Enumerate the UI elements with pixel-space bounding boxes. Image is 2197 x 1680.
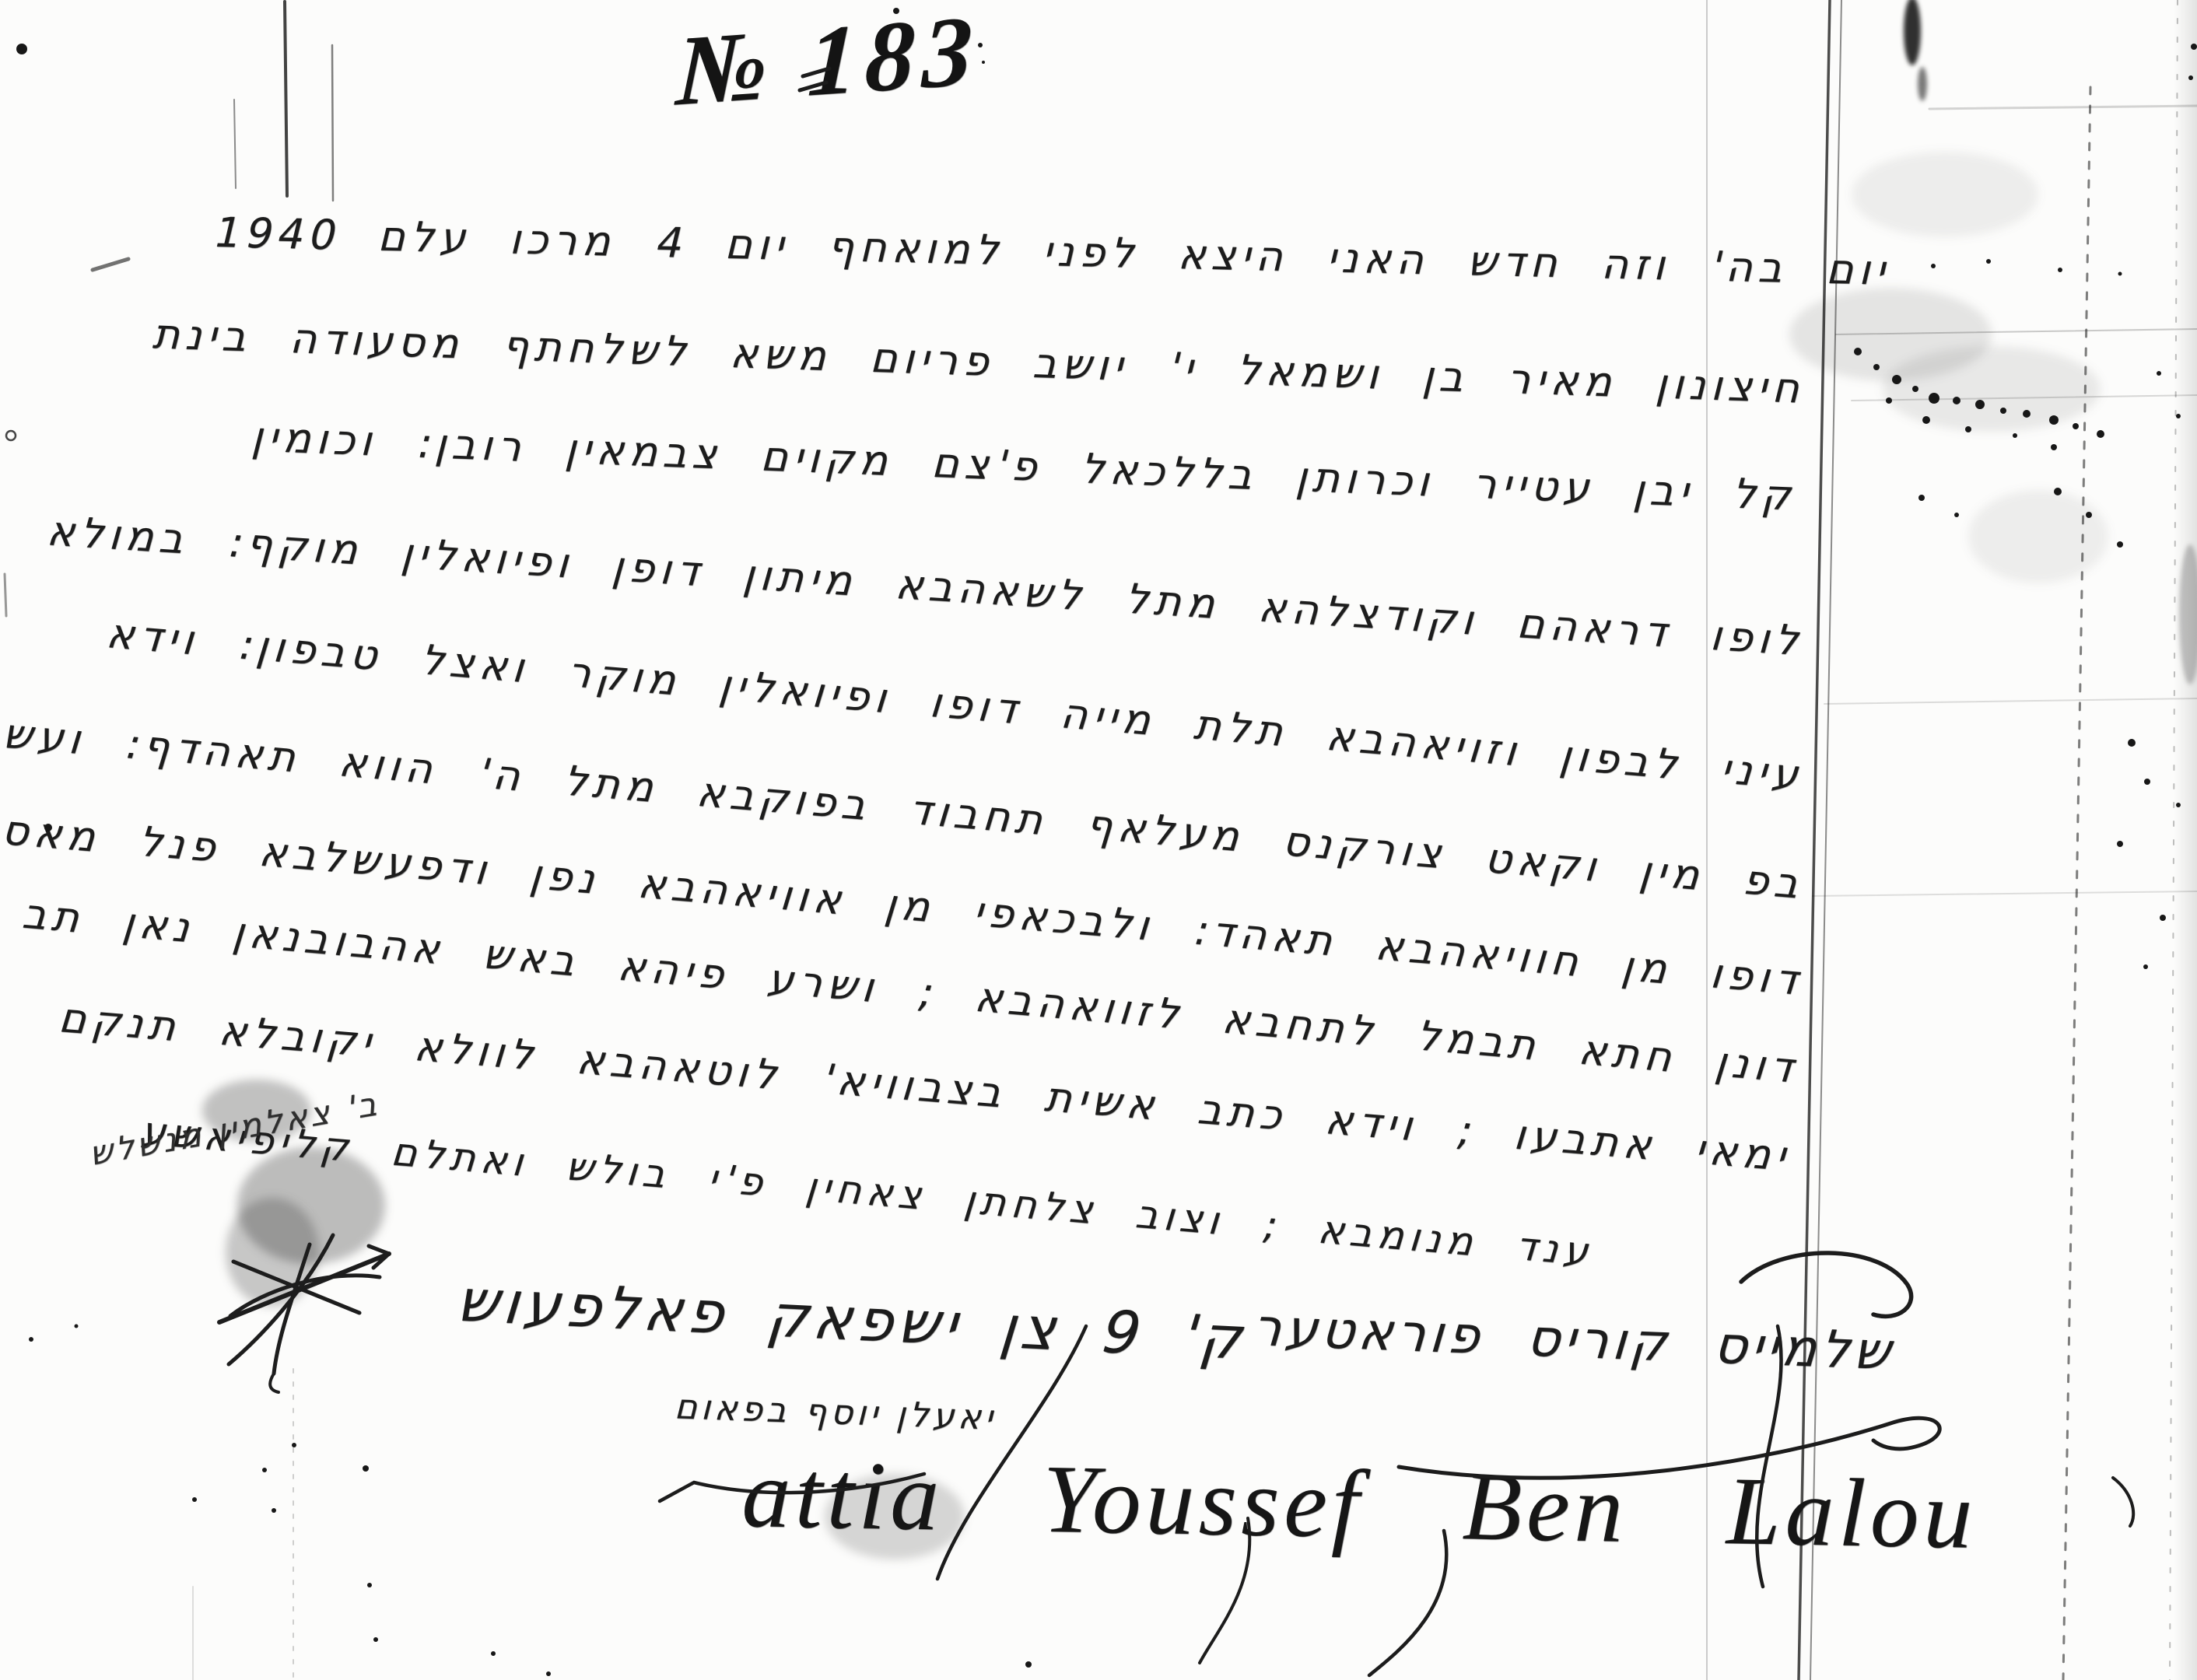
scan-specks [6,8,2197,1676]
signature-swash-strokes [660,68,2133,1675]
signature-flourish-star [219,1235,389,1392]
scan-artifacts-over [0,0,2197,1680]
manuscript-page: № 183 יום בה' וזה חדש האני היצא לפני למו… [0,0,2197,1680]
